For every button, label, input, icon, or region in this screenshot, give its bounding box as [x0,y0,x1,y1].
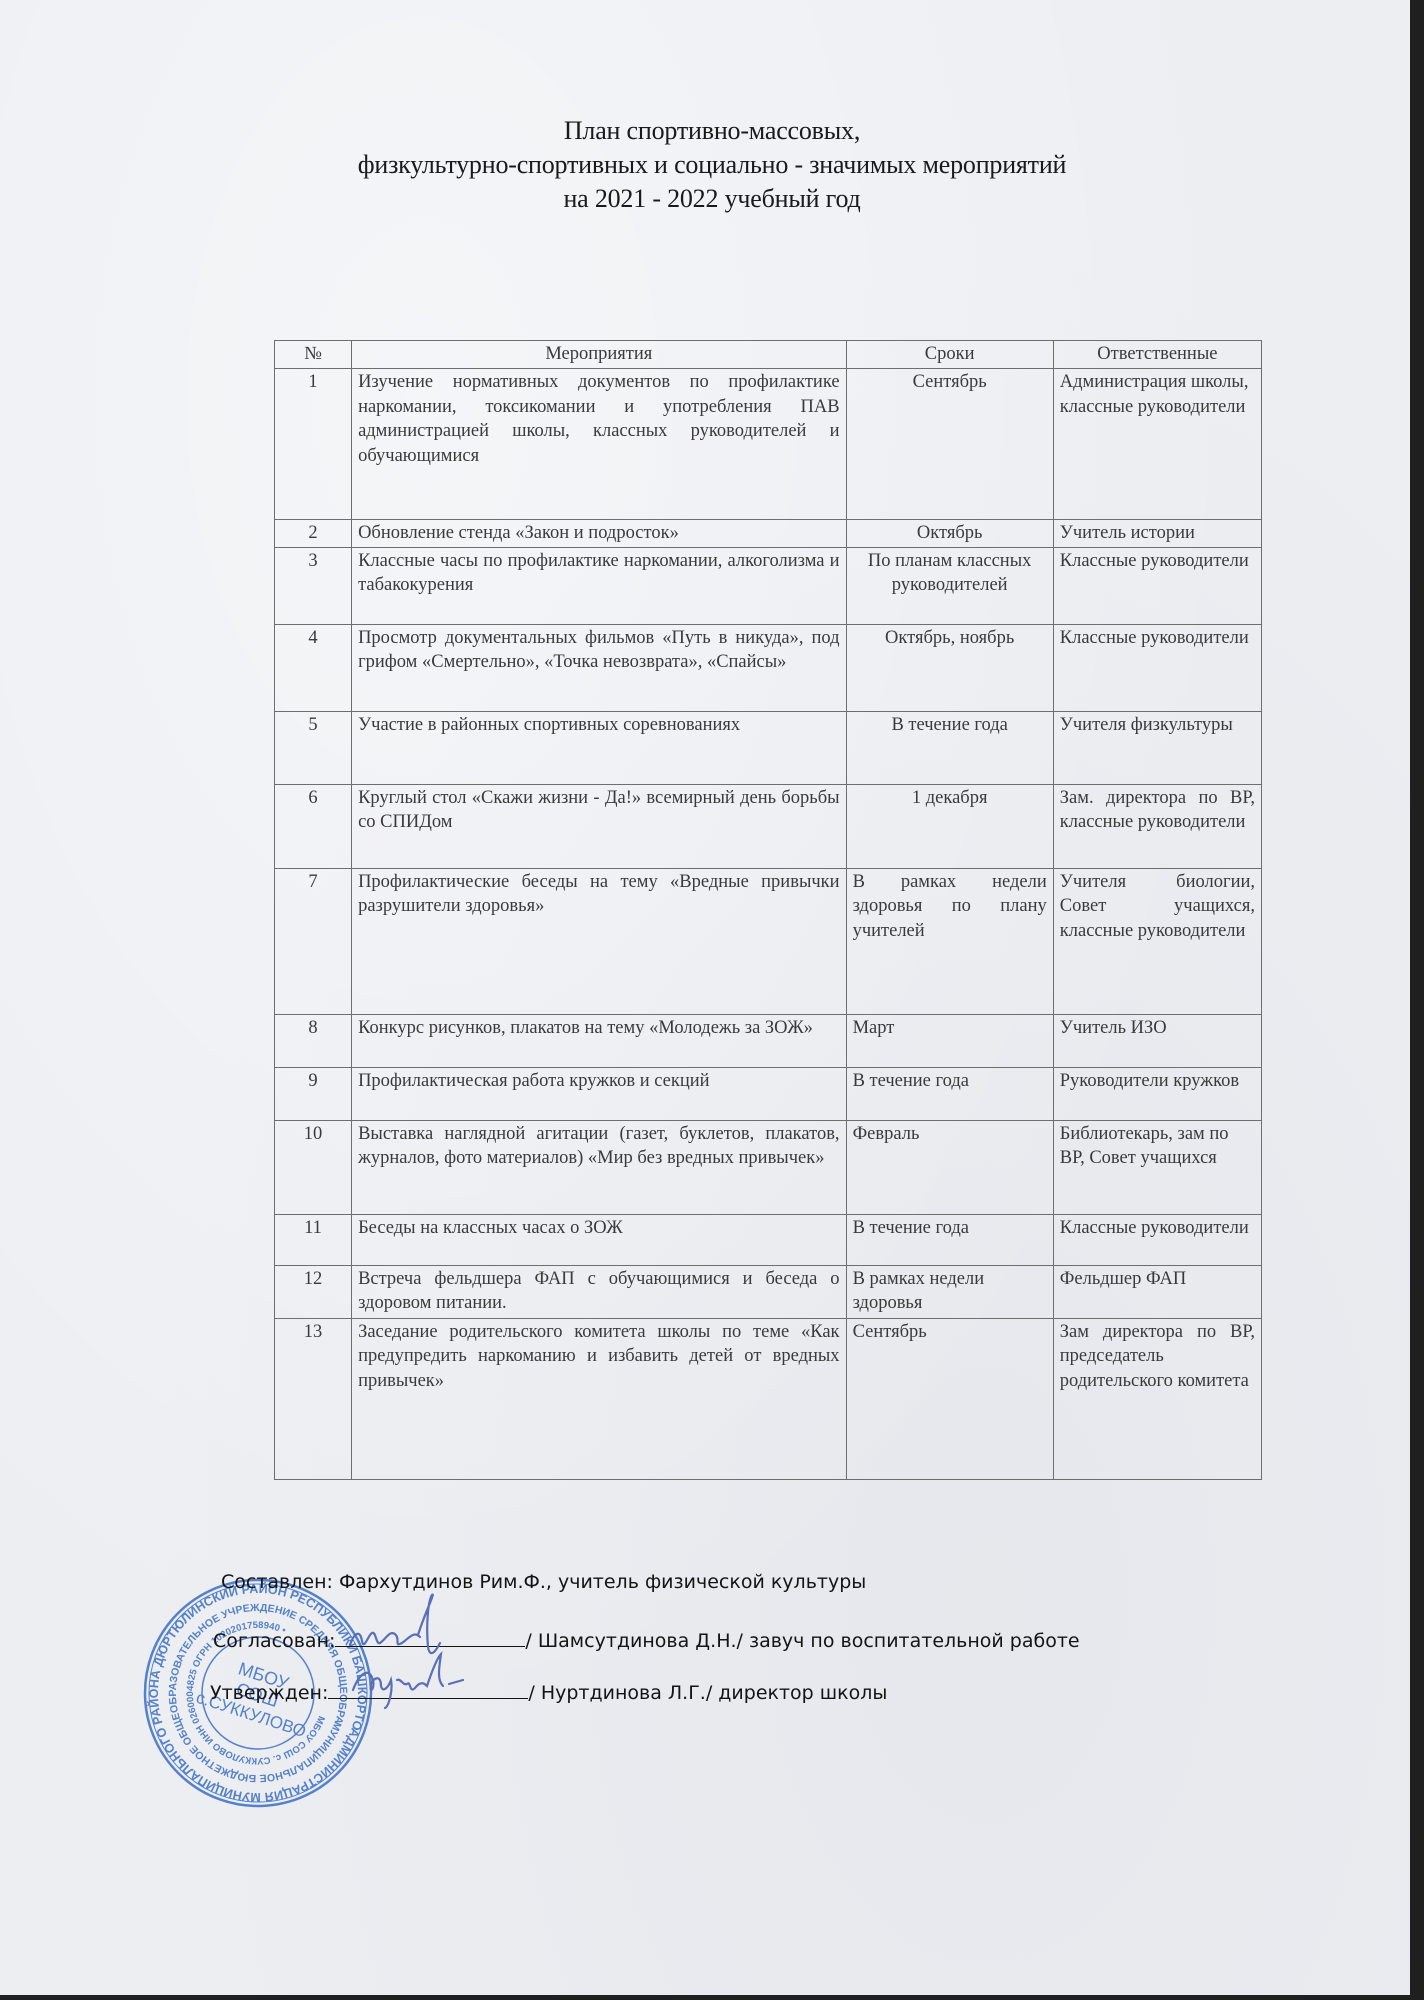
row-responsible: Учитель ИЗО [1053,1014,1261,1067]
row-number: 9 [275,1067,352,1120]
document-title: План спортивно-массовых, физкультурно-сп… [0,114,1424,216]
table-header-row: № Мероприятия Сроки Ответственные [275,341,1262,369]
row-responsible: Учителя физкультуры [1053,711,1261,784]
header-events: Мероприятия [352,341,847,369]
row-date: Сентябрь [846,369,1053,520]
approved-label: Утвержден: [210,1682,328,1704]
row-event: Изучение нормативных документов по профи… [352,369,847,520]
row-event: Классные часы по профилактике наркомании… [352,547,847,624]
table-row: 13Заседание родительского комитета школы… [275,1318,1262,1479]
row-responsible: Библиотекарь, зам по ВР, Совет учащихся [1053,1120,1261,1214]
row-number: 5 [275,711,352,784]
compiled-by-line: Составлен: Фархутдинов Рим.Ф., учитель ф… [221,1571,866,1593]
row-date: 1 декабря [846,784,1053,868]
header-number: № [275,341,352,369]
table-row: 1Изучение нормативных документов по проф… [275,369,1262,520]
row-responsible: Учитель истории [1053,520,1261,548]
row-number: 12 [275,1265,352,1318]
row-responsible: Зам. директора по ВР, классные руководит… [1053,784,1261,868]
title-line-2: физкультурно-спортивных и социально - зн… [0,148,1424,182]
table-row: 5Участие в районных спортивных соревнова… [275,711,1262,784]
row-event: Участие в районных спортивных соревнован… [352,711,847,784]
agreed-person: / Шамсутдинова Д.Н./ завуч по воспитател… [525,1630,1079,1652]
row-date: В течение года [846,1214,1053,1265]
row-number: 1 [275,369,352,520]
row-event: Обновление стенда «Закон и подросток» [352,520,847,548]
row-number: 13 [275,1318,352,1479]
row-date: Октябрь, ноябрь [846,624,1053,711]
approved-by-line: Утвержден:/ Нуртдинова Л.Г./ директор шк… [210,1680,887,1704]
table-row: 11Беседы на классных часах о ЗОЖВ течени… [275,1214,1262,1265]
row-number: 3 [275,547,352,624]
row-responsible: Классные руководители [1053,1214,1261,1265]
row-date: В течение года [846,711,1053,784]
row-responsible: Зам директора по ВР, председатель родите… [1053,1318,1261,1479]
agreed-label: Согласован: [213,1630,335,1652]
row-event: Конкурс рисунков, плакатов на тему «Моло… [352,1014,847,1067]
title-line-1: План спортивно-массовых, [0,114,1424,148]
row-event: Профилактическая работа кружков и секций [352,1067,847,1120]
row-number: 6 [275,784,352,868]
row-date: Октябрь [846,520,1053,548]
row-date: В рамках недели здоровья по плану учител… [846,868,1053,1014]
row-number: 10 [275,1120,352,1214]
row-event: Встреча фельдшера ФАП с обучающимися и б… [352,1265,847,1318]
row-date: Февраль [846,1120,1053,1214]
scanned-page: План спортивно-массовых, физкультурно-сп… [0,0,1410,1995]
title-line-3: на 2021 - 2022 учебный год [0,182,1424,216]
table-row: 6Круглый стол «Скажи жизни - Да!» всемир… [275,784,1262,868]
table-row: 10Выставка наглядной агитации (газет, бу… [275,1120,1262,1214]
table-row: 9Профилактическая работа кружков и секци… [275,1067,1262,1120]
table-row: 12Встреча фельдшера ФАП с обучающимися и… [275,1265,1262,1318]
row-responsible: Руководители кружков [1053,1067,1261,1120]
row-responsible: Администрация школы, классные руководите… [1053,369,1261,520]
approved-person: / Нуртдинова Л.Г./ директор школы [528,1682,887,1704]
signature-approved-icon [345,1650,495,1710]
row-event: Беседы на классных часах о ЗОЖ [352,1214,847,1265]
table-row: 8Конкурс рисунков, плакатов на тему «Мол… [275,1014,1262,1067]
row-number: 2 [275,520,352,548]
row-event: Заседание родительского комитета школы п… [352,1318,847,1479]
row-responsible: Классные руководители [1053,624,1261,711]
table-row: 4Просмотр документальных фильмов «Путь в… [275,624,1262,711]
row-responsible: Классные руководители [1053,547,1261,624]
row-date: В рамках недели здоровья [846,1265,1053,1318]
row-number: 7 [275,868,352,1014]
header-responsible: Ответственные [1053,341,1261,369]
row-responsible: Фельдшер ФАП [1053,1265,1261,1318]
row-event: Профилактические беседы на тему «Вредные… [352,868,847,1014]
row-number: 11 [275,1214,352,1265]
row-event: Круглый стол «Скажи жизни - Да!» всемирн… [352,784,847,868]
table-row: 3Классные часы по профилактике наркомани… [275,547,1262,624]
row-date: Сентябрь [846,1318,1053,1479]
events-plan-table: № Мероприятия Сроки Ответственные 1Изуче… [274,340,1262,1480]
row-date: По планам классных руководителей [846,547,1053,624]
header-dates: Сроки [846,341,1053,369]
row-number: 4 [275,624,352,711]
row-date: В течение года [846,1067,1053,1120]
row-responsible: Учителя биологии, Совет учащихся, классн… [1053,868,1261,1014]
row-event: Выставка наглядной агитации (газет, букл… [352,1120,847,1214]
table-row: 2Обновление стенда «Закон и подросток»Ок… [275,520,1262,548]
row-date: Март [846,1014,1053,1067]
table-row: 7Профилактические беседы на тему «Вредны… [275,868,1262,1014]
row-event: Просмотр документальных фильмов «Путь в … [352,624,847,711]
row-number: 8 [275,1014,352,1067]
